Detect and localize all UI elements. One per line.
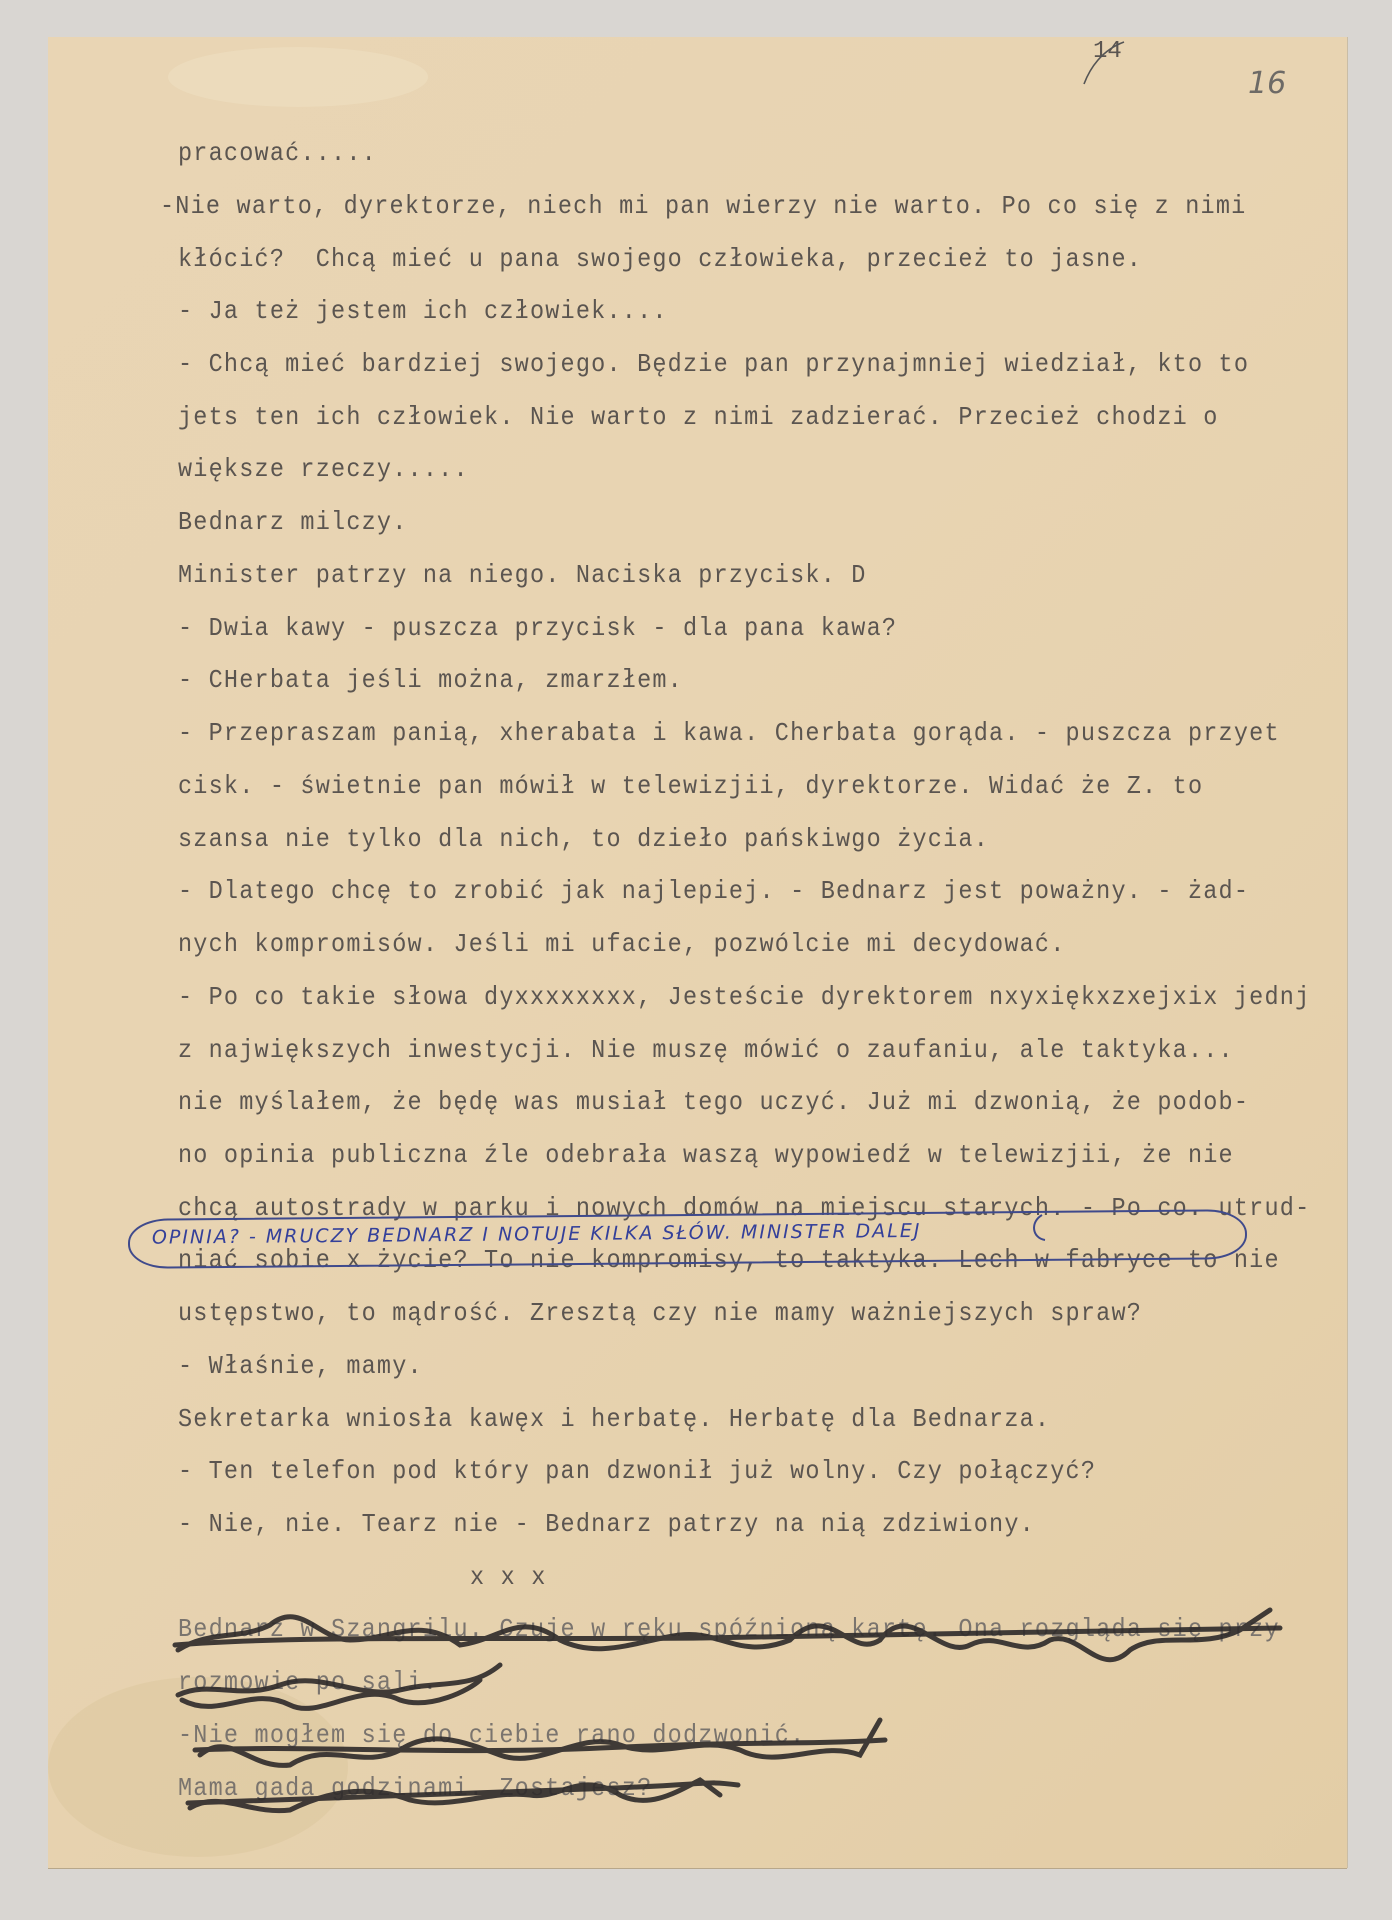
text-line: cisk. - świetnie pan mówił w telewizjii,…: [178, 772, 1203, 803]
text-line: - Przepraszam panią, xherabata i kawa. C…: [178, 719, 1280, 750]
text-line: - Nie, nie. Tearz nie - Bednarz patrzy n…: [178, 1510, 1035, 1541]
text-line: - Ten telefon pod który pan dzwonił już …: [178, 1457, 1096, 1488]
text-line: większe rzeczy.....: [178, 455, 469, 486]
struck-line: Mama gada godzinami. Zostajesz?: [178, 1774, 652, 1805]
text-line: - Chcą mieć bardziej swojego. Będzie pan…: [178, 350, 1249, 381]
text-line: Sekretarka wniosła kawęx i herbatę. Herb…: [178, 1405, 1050, 1436]
text-line: - Ja też jestem ich człowiek....: [178, 297, 668, 328]
text-line: nie myślałem, że będę was musiał tego uc…: [178, 1088, 1249, 1119]
text-line: jets ten ich człowiek. Nie warto z nimi …: [178, 403, 1219, 434]
paper-stain: [48, 1677, 348, 1857]
struck-line: Bednarz w Szangrilu. Czuje w ręku spóźni…: [178, 1615, 1280, 1646]
annotation-text: OPINIA? - MRUCZY BEDNARZ I NOTUJE KILKA …: [152, 1220, 922, 1249]
struck-line: rozmowie po sali.: [178, 1668, 438, 1699]
handwritten-page-number: 16: [1248, 66, 1286, 101]
handwritten-annotation: OPINIA? - MRUCZY BEDNARZ I NOTUJE KILKA …: [128, 1209, 1247, 1269]
text-line: -Nie warto, dyrektorze, niech mi pan wie…: [160, 192, 1246, 223]
text-line: szansa nie tylko dla nich, to dzieło pań…: [178, 825, 989, 856]
typed-page-number-crossed: 14: [1093, 38, 1122, 65]
text-line: - Po co takie słowa dyxxxxxxxx, Jesteści…: [178, 983, 1310, 1014]
text-line: - Dwia kawy - puszcza przycisk - dla pan…: [178, 614, 897, 645]
text-line: no opinia publiczna źle odebrała waszą w…: [178, 1141, 1234, 1172]
text-line: - Właśnie, mamy.: [178, 1352, 423, 1383]
text-line: nych kompromisów. Jeśli mi ufacie, pozwó…: [178, 930, 1066, 961]
text-line: kłócić? Chcą mieć u pana swojego człowie…: [178, 245, 1142, 276]
text-line: - CHerbata jeśli można, zmarzłem.: [178, 666, 683, 697]
text-line: pracować.....: [178, 139, 377, 170]
paper-stain: [168, 47, 428, 107]
text-line: Minister patrzy na niego. Naciska przyci…: [178, 561, 867, 592]
scene-separator: x x x: [470, 1563, 547, 1594]
text-line: - Dlatego chcę to zrobić jak najlepiej. …: [178, 877, 1249, 908]
text-line: Bednarz milczy.: [178, 508, 408, 539]
text-line: z największych inwestycji. Nie muszę mów…: [178, 1036, 1234, 1067]
struck-line: -Nie mogłem się do ciebie rano dodzwonić…: [178, 1721, 805, 1752]
text-line: ustępstwo, to mądrość. Zresztą czy nie m…: [178, 1299, 1142, 1330]
